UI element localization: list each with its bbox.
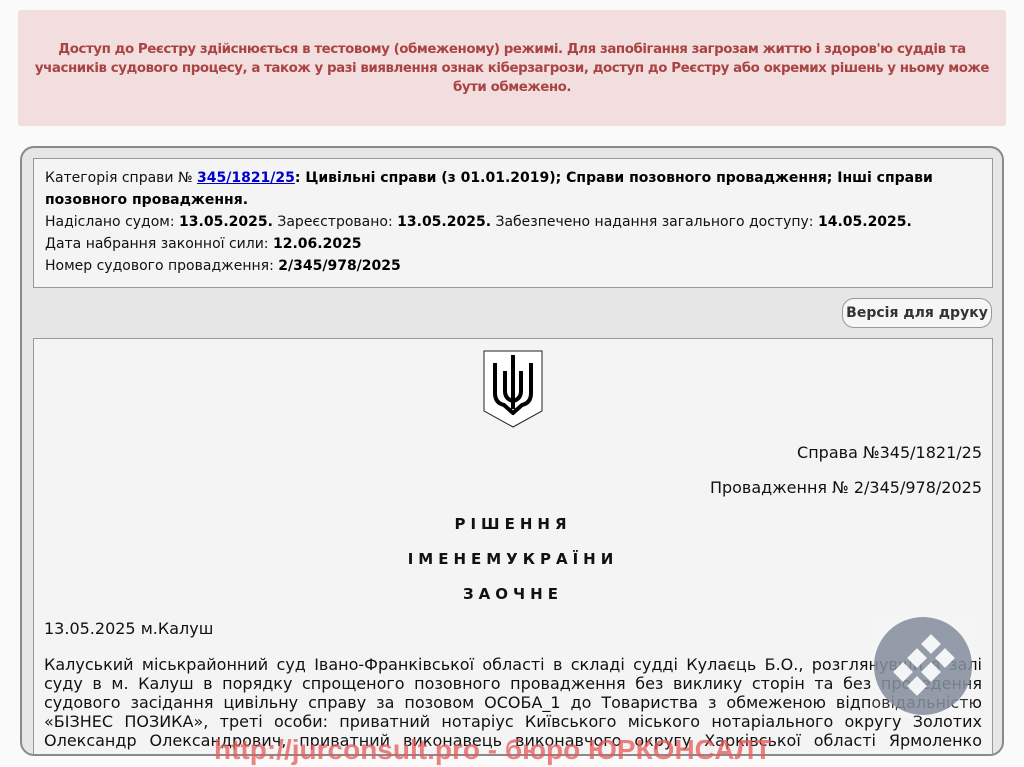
effective-label: Дата набрання законної сили: [45,236,269,252]
decision-title: РІШЕННЯ [34,515,992,533]
proceeding-line: Номер судового провадження: 2/345/978/20… [45,255,981,277]
body-line: судового засідання цивільну справу за по… [44,693,982,712]
proceeding-value: 2/345/978/2025 [278,258,401,274]
dates-line: Надіслано судом: 13.05.2025. Зареєстрова… [45,211,981,233]
sent-value: 13.05.2025. [179,214,273,230]
scroll-to-top-icon [874,617,972,715]
registered-label: Зареєстровано: [277,214,392,230]
case-number: Справа №345/1821/25 [797,443,982,462]
coat-of-arms-icon [482,349,544,429]
decision-frame: Категорія справи № 345/1821/25: Цивільні… [20,146,1004,756]
scroll-to-top-button[interactable] [872,615,974,717]
print-version-button[interactable]: Версія для друку [842,298,992,328]
decision-subtitle: ІМЕНЕМУКРАЇНИ [34,550,992,568]
decision-document: Справа №345/1821/25 Провадження № 2/345/… [33,338,993,756]
decision-type: ЗАОЧНЕ [34,585,992,603]
case-metadata-panel: Категорія справи № 345/1821/25: Цивільні… [33,158,993,288]
access-value: 14.05.2025. [818,214,912,230]
effective-value: 12.06.2025 [273,236,362,252]
body-line: «БІЗНЕС ПОЗИКА», треті особи: приватний … [44,712,982,731]
date-place: 13.05.2025 м.Калуш [44,619,213,638]
proceeding-number: Провадження № 2/345/978/2025 [710,478,982,497]
body-line: суду в м. Калуш в порядку спрощеного поз… [44,674,982,693]
effective-date-line: Дата набрання законної сили: 12.06.2025 [45,233,981,255]
proceeding-label: Номер судового провадження: [45,258,274,274]
sent-label: Надіслано судом: [45,214,175,230]
category-label: Категорія справи № [45,170,193,186]
access-label: Забезпечено надання загального доступу: [495,214,813,230]
registered-value: 13.05.2025. [397,214,491,230]
access-notice-banner: Доступ до Реєстру здійснюється в тестово… [18,10,1006,126]
case-number-link[interactable]: 345/1821/25 [197,170,295,186]
body-line: Калуський міськрайонний суд Івано-Франкі… [44,655,982,674]
watermark-text: http://jurconsult.pro - бюро ЮРКОНСАЛТ [214,734,814,767]
category-line: Категорія справи № 345/1821/25: Цивільні… [45,167,981,211]
access-notice-text: Доступ до Реєстру здійснюється в тестово… [32,40,992,97]
